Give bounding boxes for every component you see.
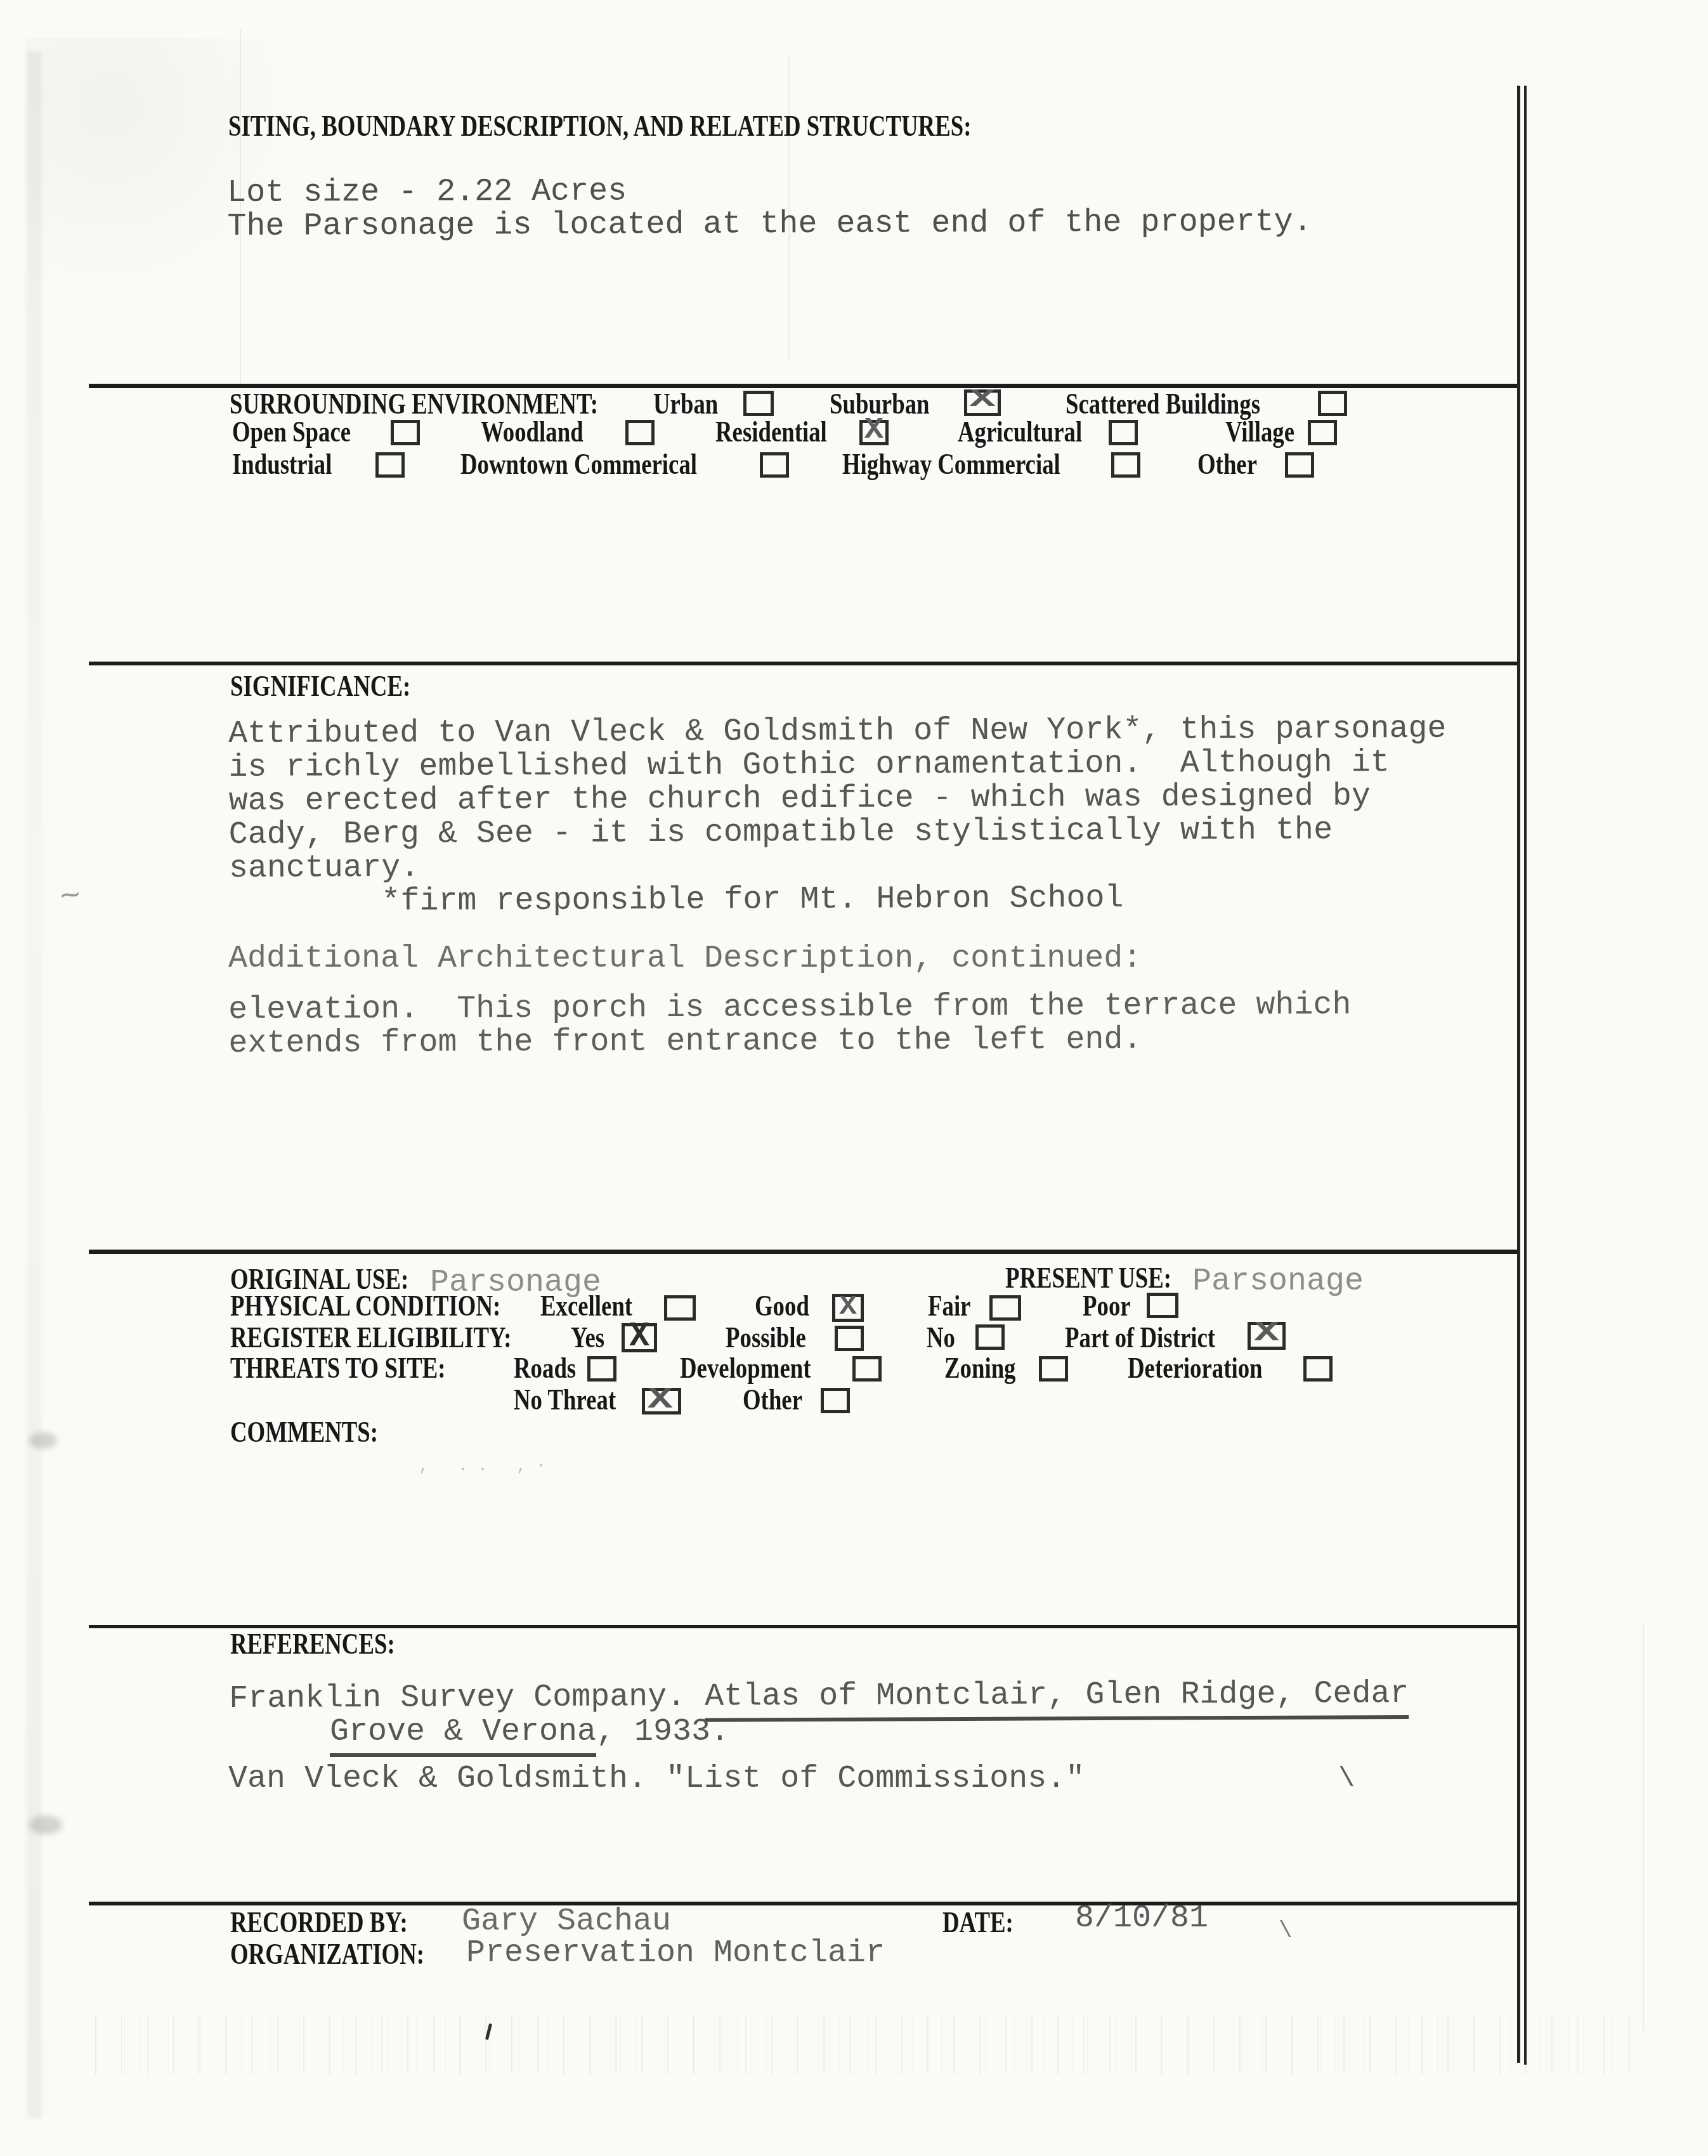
checkbox-possible: X [835,1326,864,1351]
reference-stray-tick: \ [1338,1763,1355,1795]
scan-left-streak [27,51,42,2119]
significance-section-heading: SIGNIFICANCE: [230,670,410,703]
right-margin-line [1517,86,1520,2063]
recorded-by-value: Gary Sachau [462,1905,671,1938]
checkbox-poor: X [1147,1293,1178,1318]
date-stray-tick: \ [1279,1918,1293,1944]
checkbox-other-environment: X [1285,452,1314,478]
checkbox-other-threat: X [821,1388,850,1413]
checkbox-development: X [852,1356,882,1382]
option-label-possible: Possible [726,1322,806,1354]
reference-entry-1-line-2: Grove & Verona, 1933. [330,1715,729,1749]
reference-1-author: Franklin Survey Company. [229,1679,705,1717]
scanned-survey-form-page: ~ SITING, BOUNDARY DESCRIPTION, AND RELA… [0,0,1708,2156]
checkbox-industrial: X [375,452,405,478]
reference-entry-1: Franklin Survey Company. Atlas of Montcl… [229,1677,1409,1716]
comments-pencil-marks: , .. ,· [419,1456,556,1476]
checkbox-no: X [975,1324,1005,1350]
comments-label: COMMENTS: [230,1416,378,1449]
scan-scratch [1643,1624,1644,2030]
scan-smudge [29,1432,57,1449]
option-label-part-of-district: Part of District [1065,1322,1215,1354]
reference-1-year: , 1933. [596,1714,729,1750]
option-label-highway-commercial: Highway Commercial [842,448,1060,481]
option-label-open-space: Open Space [232,416,351,448]
significance-typed-text: Attributed to Van Vleck & Goldsmith of N… [228,712,1574,919]
recorded-by-label: RECORDED BY: [230,1907,408,1939]
checkbox-downtown-commercial: X [760,452,789,478]
option-label-excellent: Excellent [540,1290,632,1323]
option-label-no: No [927,1322,955,1354]
checkbox-open-space: X [391,420,420,445]
checkbox-highway-commercial: X [1111,452,1140,478]
option-label-industrial: Industrial [232,448,332,481]
checkbox-roads: X [587,1356,616,1382]
option-label-roads: Roads [514,1352,576,1385]
option-label-deterioration: Deterioration [1128,1352,1263,1385]
option-label-good: Good [755,1290,809,1323]
option-label-poor: Poor [1083,1290,1131,1323]
section-divider [89,1902,1518,1905]
references-section-heading: REFERENCES: [230,1628,395,1661]
option-label-downtown-commercial: Downtown Commerical [460,448,697,481]
checkbox-scattered-buildings: X [1318,391,1347,416]
checkbox-urban: X [743,391,774,416]
scan-speckle-patch [25,38,304,304]
checkbox-suburban: X [964,389,1001,416]
scan-noise-band [95,2016,1630,2074]
checkbox-village: X [1308,420,1337,445]
option-label-agricultural: Agricultural [958,416,1082,448]
additional-description-heading: Additional Architectural Description, co… [228,942,1243,976]
checkbox-agricultural: X [1109,420,1138,445]
option-label-village: Village [1225,416,1294,448]
option-label-yes: Yes [571,1322,604,1354]
margin-squiggle-mark: ~ [58,877,84,918]
option-label-other-environment: Other [1197,448,1257,481]
checkbox-good: X [832,1294,864,1322]
option-label-fair: Fair [928,1290,970,1323]
checkbox-no-threat: X [642,1388,681,1414]
siting-section-heading: SITING, BOUNDARY DESCRIPTION, AND RELATE… [228,110,971,143]
right-margin-line [1524,86,1527,2065]
section-divider [89,1250,1518,1254]
section-divider [89,662,1518,665]
additional-description-typed-text: elevation. This porch is accessible from… [228,988,1560,1061]
option-label-urban: Urban [653,388,718,421]
option-label-zoning: Zoning [944,1352,1016,1385]
option-label-woodland: Woodland [481,416,583,448]
checkbox-part-of-district: X [1248,1322,1286,1350]
organization-value: Preservation Montclair [466,1937,885,1970]
register-eligibility-label: REGISTER ELIGIBILITY: [230,1322,511,1354]
checkbox-residential: X [859,420,889,445]
threats-to-site-label: THREATS TO SITE: [230,1352,446,1385]
checkbox-deterioration: X [1303,1356,1333,1382]
option-label-development: Development [680,1352,811,1385]
siting-typed-text: Lot size - 2.22 Acres The Parsonage is l… [227,171,1559,244]
reference-1-title-underlined: Atlas of Montclair, Glen Ridge, Cedar [705,1676,1409,1722]
checkbox-excellent: X [664,1295,696,1321]
organization-label: ORGANIZATION: [230,1938,424,1971]
reference-entry-2: Van Vleck & Goldsmith. "List of Commissi… [228,1762,1085,1796]
scan-smudge [29,1815,62,1834]
reference-1-title-continued-underlined: Grove & Verona [330,1714,596,1757]
option-label-other-threat: Other [743,1384,802,1416]
option-label-residential: Residential [715,416,827,448]
checkbox-woodland: X [625,420,655,445]
checkbox-fair: X [989,1295,1021,1321]
date-value: 8/10/81 [1075,1902,1208,1935]
option-label-no-threat: No Threat [514,1384,616,1416]
physical-condition-label: PHYSICAL CONDITION: [230,1290,500,1323]
present-use-value: Parsonage [1192,1265,1364,1298]
checkbox-zoning: X [1039,1356,1068,1382]
date-label: DATE: [942,1907,1014,1939]
checkbox-yes: X [622,1323,657,1352]
